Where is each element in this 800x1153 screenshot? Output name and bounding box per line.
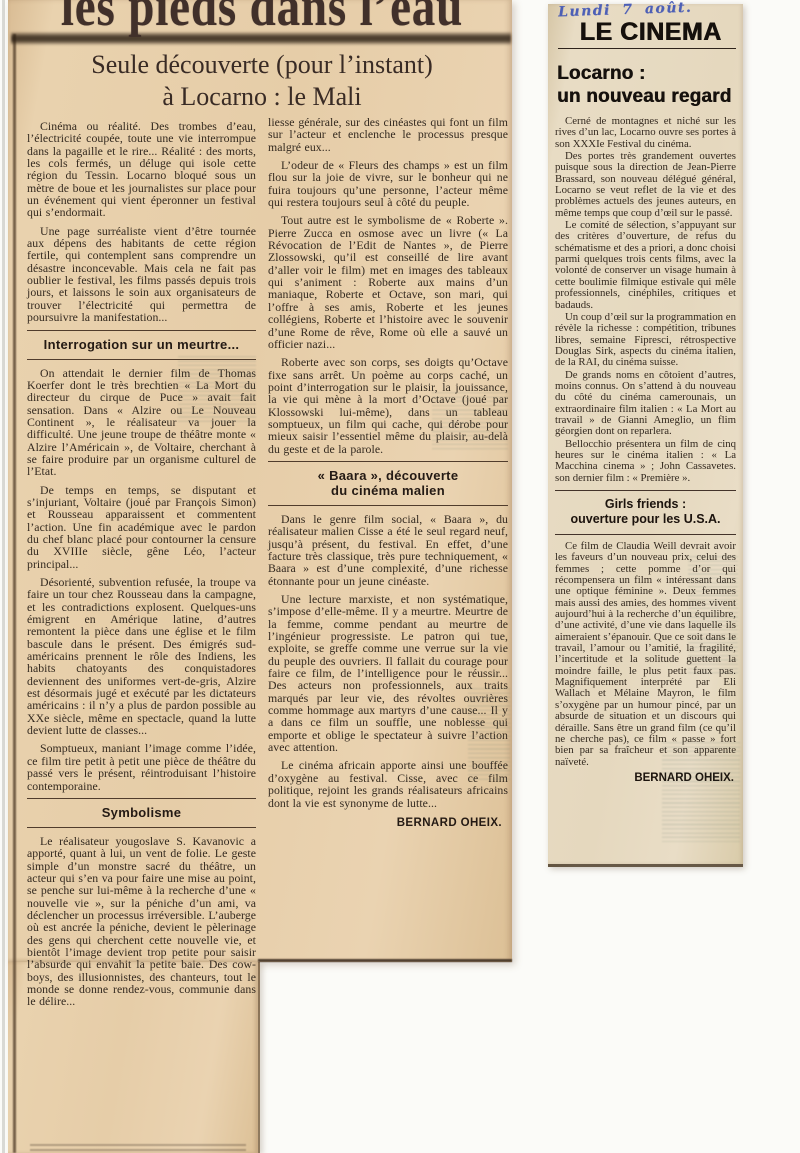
section-header-baara: « Baara », découverte du cinéma malien [268,461,508,506]
paragraph: Des portes très grandement ouvertes puis… [555,151,736,219]
rubric-divider [558,48,736,49]
paragraph: Une page surréaliste vient d’être tourné… [27,225,256,324]
paragraph: Somptueux, maniant l’image comme l’idée,… [27,742,256,791]
clipping-cut-edge-line [258,959,512,962]
paragraph: Bellocchio présentera un film de cinq he… [555,439,736,484]
bleedthrough-texture [178,356,256,424]
byline: BERNARD OHEIX. [268,817,508,830]
paragraph: Le comité de sélection, s’appuyant sur d… [555,220,736,311]
paragraph: Cerné de montagnes et niché sur les rive… [555,116,736,150]
subheadline-line1: Seule découverte (pour l’instant) [14,50,510,80]
bleedthrough-texture [662,742,740,842]
article-title: Locarno : un nouveau regard [557,62,736,108]
rubric-le-cinema: LE CINEMA [565,19,736,45]
paragraph: L’odeur de « Fleurs des champs » est un … [268,159,508,208]
section-header-girls-friends-line2: ouverture pour les U.S.A. [555,512,736,527]
bleedthrough-texture [688,556,738,674]
paragraph: Dans le genre film social, « Baara », du… [268,513,508,587]
scanned-newspaper-page: les pieds dans l’eau Seule découverte (p… [0,0,800,1153]
section-header-interrogation: Interrogation sur un meurtre... [27,330,256,360]
right-clipping-paper: LE CINEMA Locarno : un nouveau regard Ce… [548,4,743,867]
paragraph: Un coup d’œil sur la programmation en ré… [555,312,736,369]
article-title-line1: Locarno : [557,62,736,85]
article-title-line2: un nouveau regard [557,85,736,108]
cutoff-text-edge [30,1144,246,1152]
paragraph: De temps en temps, se disputant et s’inj… [27,484,256,570]
bleedthrough-texture [468,688,510,780]
bleedthrough-texture [432,392,508,450]
paragraph: liesse générale, sur des cinéastes qui f… [268,116,508,153]
paragraph: De grands noms en côtoient d’autres, moi… [555,370,736,438]
paragraph: Désorienté, subvention refusée, la troup… [27,576,256,736]
section-header-symbolisme: Symbolisme [27,798,256,828]
section-header-baara-line2: du cinéma malien [270,483,506,498]
subheadline-line2: à Locarno : le Mali [14,82,510,112]
main-headline: les pieds dans l’eau [54,0,471,35]
paragraph: Le réalisateur yougoslave S. Kavanovic a… [27,835,256,1008]
article-body: Cerné de montagnes et niché sur les rive… [555,116,736,784]
fold-shadow-line [13,34,16,1153]
scanner-edge-streak [2,0,5,1153]
paragraph: Tout autre est le symbolisme de « Robert… [268,214,508,350]
section-header-baara-line1: « Baara », découverte [270,468,506,483]
paragraph: Cinéma ou réalité. Des trombes d’eau, l’… [27,120,256,219]
section-header-girls-friends: Girls friends : ouverture pour les U.S.A… [555,490,736,535]
column-1: Cinéma ou réalité. Des trombes d’eau, l’… [27,120,256,1014]
section-header-girls-friends-line1: Girls friends : [555,497,736,512]
